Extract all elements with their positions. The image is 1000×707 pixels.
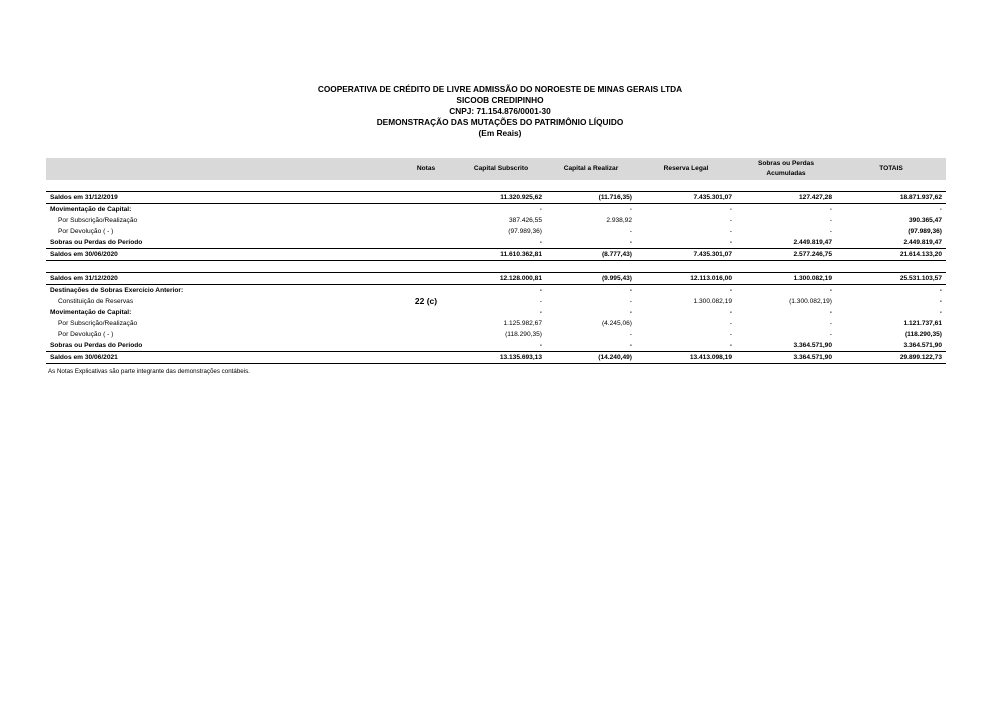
col-header-capital-subscrito: Capital Subscrito [456,158,546,180]
row-label: Sobras ou Perdas do Período [46,237,396,249]
row-notas [396,285,456,297]
row-notas [396,215,456,226]
table-row: Saldos em 31/12/201911.320.925,62(11.716… [46,192,946,204]
cell-capital-a-realizar: - [546,307,636,318]
cell-capital-a-realizar: - [546,296,636,307]
cell-capital-a-realizar: - [546,340,636,352]
currency-note: (Em Reais) [0,128,1000,139]
col-header-label [46,158,396,180]
cell-sobras-perdas: 1.300.082,19 [736,273,836,285]
cell-sobras-perdas: - [736,307,836,318]
report-header: COOPERATIVA DE CRÉDITO DE LIVRE ADMISSÃO… [0,84,1000,139]
row-label: Por Subscrição/Realização [46,215,396,226]
row-label: Por Devolução ( - ) [46,226,396,237]
cell-reserva-legal: - [636,285,736,297]
cell-totais: (118.290,35) [836,329,946,340]
cell-capital-subscrito: 387.426,55 [456,215,546,226]
table-row: Por Subscrição/Realização1.125.982,67(4.… [46,318,946,329]
row-label: Saldos em 30/06/2020 [46,249,396,261]
row-notas: 22 (c) [396,296,456,307]
cell-totais: 21.614.133,20 [836,249,946,261]
cell-capital-a-realizar: - [546,329,636,340]
footnote: As Notas Explicativas são parte integran… [46,364,946,378]
cell-capital-a-realizar: - [546,285,636,297]
cell-sobras-perdas: - [736,329,836,340]
cell-sobras-perdas: (1.300.082,19) [736,296,836,307]
cell-capital-subscrito: 1.125.982,67 [456,318,546,329]
col-header-totais: TOTAIS [836,158,946,180]
row-label: Por Subscrição/Realização [46,318,396,329]
col-header-capital-a-realizar: Capital a Realizar [546,158,636,180]
cell-totais: - [836,296,946,307]
row-label: Movimentação de Capital: [46,307,396,318]
cell-capital-a-realizar: - [546,226,636,237]
cell-sobras-perdas: 2.449.819,47 [736,237,836,249]
col-header-notas: Notas [396,158,456,180]
cell-sobras-perdas: 127.427,28 [736,192,836,204]
row-label: Por Devolução ( - ) [46,329,396,340]
cell-totais: 3.364.571,90 [836,340,946,352]
table-header-row: Notas Capital Subscrito Capital a Realiz… [46,158,946,180]
cell-capital-subscrito: 13.135.693,13 [456,352,546,364]
cnpj: CNPJ: 71.154.876/0001-30 [0,106,1000,117]
cell-capital-subscrito: - [456,285,546,297]
row-notas [396,192,456,204]
table-row: Movimentação de Capital:----- [46,307,946,318]
cell-capital-subscrito: - [456,237,546,249]
cell-capital-subscrito: - [456,340,546,352]
row-notas [396,273,456,285]
brand-name: SICOOB CREDIPINHO [0,95,1000,106]
cell-reserva-legal: - [636,226,736,237]
cell-capital-subscrito: 11.610.362,81 [456,249,546,261]
cell-capital-a-realizar: (8.777,43) [546,249,636,261]
row-label: Saldos em 31/12/2019 [46,192,396,204]
table-row: Movimentação de Capital:----- [46,204,946,216]
cell-sobras-perdas: - [736,318,836,329]
cell-reserva-legal: - [636,307,736,318]
table-row: Por Subscrição/Realização387.426,552.938… [46,215,946,226]
cell-capital-a-realizar: (14.240,49) [546,352,636,364]
row-label: Saldos em 30/06/2021 [46,352,396,364]
row-notas [396,340,456,352]
cell-capital-subscrito: - [456,296,546,307]
row-notas [396,249,456,261]
cell-reserva-legal: - [636,237,736,249]
cell-capital-subscrito: - [456,307,546,318]
company-name: COOPERATIVA DE CRÉDITO DE LIVRE ADMISSÃO… [0,84,1000,95]
cell-totais: - [836,204,946,216]
row-label: Destinações de Sobras Exercício Anterior… [46,285,396,297]
cell-capital-a-realizar: - [546,204,636,216]
table-row: Destinações de Sobras Exercício Anterior… [46,285,946,297]
row-notas [396,329,456,340]
row-notas [396,307,456,318]
col-header-reserva-legal: Reserva Legal [636,158,736,180]
cell-reserva-legal: - [636,318,736,329]
cell-sobras-perdas: 3.364.571,90 [736,352,836,364]
row-notas [396,237,456,249]
table-row: Saldos em 30/06/202113.135.693,13(14.240… [46,352,946,364]
row-notas [396,226,456,237]
cell-sobras-perdas: - [736,226,836,237]
row-notas [396,318,456,329]
cell-capital-subscrito: 12.128.000,81 [456,273,546,285]
cell-reserva-legal: 7.435.301,07 [636,249,736,261]
cell-sobras-perdas: - [736,215,836,226]
statement-title: DEMONSTRAÇÃO DAS MUTAÇÕES DO PATRIMÔNIO … [0,117,1000,128]
cell-totais: 18.871.937,62 [836,192,946,204]
cell-sobras-perdas: 3.364.571,90 [736,340,836,352]
cell-totais: - [836,307,946,318]
cell-totais: 390.365,47 [836,215,946,226]
cell-capital-a-realizar: (9.995,43) [546,273,636,285]
cell-capital-subscrito: (97.989,36) [456,226,546,237]
cell-sobras-perdas: - [736,204,836,216]
row-label: Constituição de Reservas [46,296,396,307]
cell-totais: - [836,285,946,297]
cell-capital-a-realizar: (11.716,35) [546,192,636,204]
cell-totais: 25.531.103,57 [836,273,946,285]
table-row: Saldos em 30/06/202011.610.362,81(8.777,… [46,249,946,261]
cell-totais: 1.121.737,61 [836,318,946,329]
cell-capital-a-realizar: - [546,237,636,249]
table-row: Saldos em 31/12/202012.128.000,81(9.995,… [46,273,946,285]
cell-reserva-legal: - [636,340,736,352]
table-row: Sobras ou Perdas do Período---2.449.819,… [46,237,946,249]
row-label: Movimentação de Capital: [46,204,396,216]
cell-reserva-legal: 13.413.098,19 [636,352,736,364]
cell-capital-subscrito: (118.290,35) [456,329,546,340]
table-row: Por Devolução ( - )(118.290,35)---(118.2… [46,329,946,340]
equity-changes-table: Notas Capital Subscrito Capital a Realiz… [46,158,946,377]
cell-totais: (97.989,36) [836,226,946,237]
row-notas [396,204,456,216]
table-row: Por Devolução ( - )(97.989,36)---(97.989… [46,226,946,237]
cell-reserva-legal: 1.300.082,19 [636,296,736,307]
cell-reserva-legal: - [636,329,736,340]
cell-capital-subscrito: - [456,204,546,216]
row-label: Saldos em 31/12/2020 [46,273,396,285]
table-row: Constituição de Reservas22 (c)--1.300.08… [46,296,946,307]
cell-reserva-legal: - [636,204,736,216]
cell-sobras-perdas: 2.577.246,75 [736,249,836,261]
cell-reserva-legal: - [636,215,736,226]
row-label: Sobras ou Perdas do Período [46,340,396,352]
table-row: Sobras ou Perdas do Período---3.364.571,… [46,340,946,352]
cell-reserva-legal: 7.435.301,07 [636,192,736,204]
cell-totais: 2.449.819,47 [836,237,946,249]
cell-capital-a-realizar: 2.938,92 [546,215,636,226]
cell-capital-subscrito: 11.320.925,62 [456,192,546,204]
cell-capital-a-realizar: (4.245,06) [546,318,636,329]
cell-sobras-perdas: - [736,285,836,297]
cell-reserva-legal: 12.113.016,00 [636,273,736,285]
cell-totais: 29.899.122,73 [836,352,946,364]
row-notas [396,352,456,364]
col-header-sobras-perdas: Sobras ou Perdas Acumuladas [736,158,836,180]
